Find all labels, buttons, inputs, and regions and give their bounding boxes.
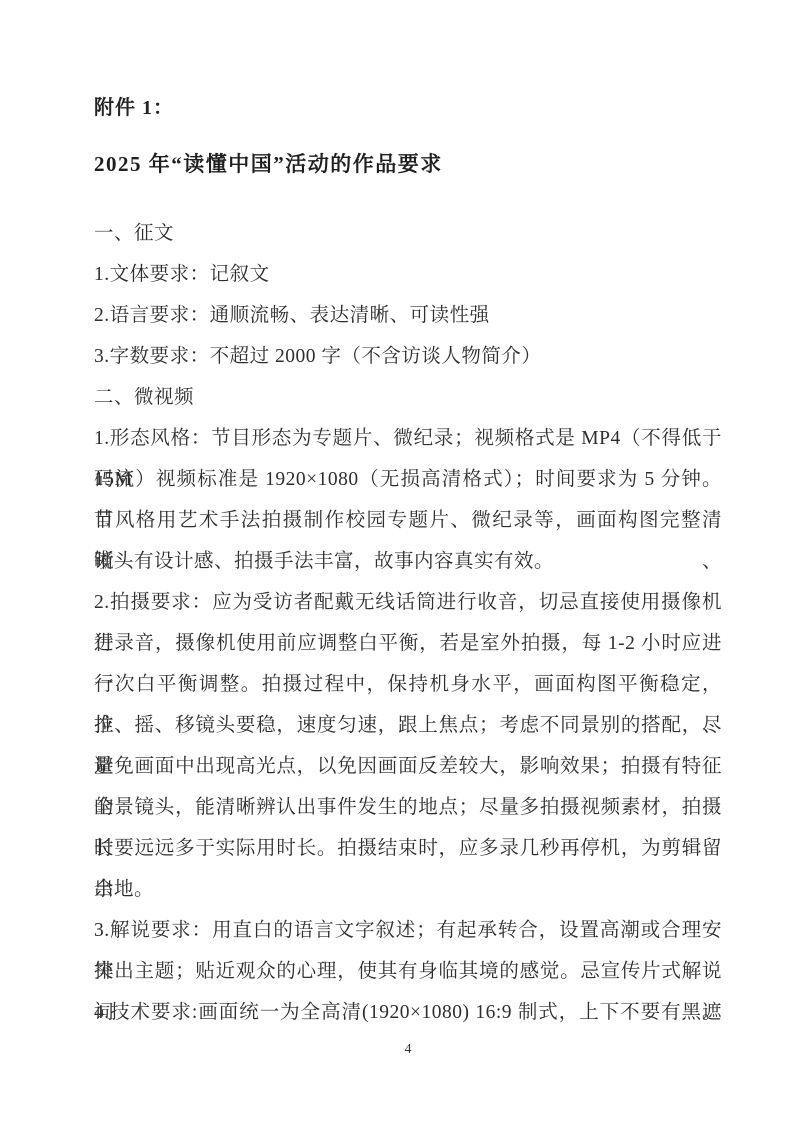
- document-body: 一、征文 1.文体要求：记叙文 2.语言要求：通顺流畅、表达清晰、可读性强 3.…: [94, 213, 722, 1033]
- video-shooting-line-8: 余地。: [94, 869, 722, 910]
- video-shooting-line-5: 避免画面中出现高光点，以免因画面反差较大，影响效果；拍摄有特征的: [94, 746, 722, 787]
- section-heading-essay: 一、征文: [94, 213, 722, 254]
- video-style-line-3: 目风格用艺术手法拍摄制作校园专题片、微纪录等，画面构图完整清晰、: [94, 500, 722, 541]
- video-shooting-line-1: 2.拍摄要求：应为受访者配戴无线话筒进行收音，切忌直接使用摄像机进: [94, 582, 722, 623]
- document-page: 附件 1： 2025 年“读懂中国”活动的作品要求 一、征文 1.文体要求：记叙…: [0, 0, 799, 1131]
- video-shooting-line-3: 一次白平衡调整。拍摄过程中，保持机身水平，画面构图平衡稳定，推、: [94, 664, 722, 705]
- video-style-line-1: 1.形态风格：节目形态为专题片、微纪录；视频格式是 MP4（不得低于 15M: [94, 418, 722, 459]
- video-shooting-line-2: 行录音，摄像机使用前应调整白平衡，若是室外拍摄，每 1-2 小时应进行: [94, 623, 722, 664]
- page-number: 4: [94, 1041, 722, 1059]
- video-narration-line-1: 3.解说要求：用直白的语言文字叙述；有起承转合，设置高潮或合理安排: [94, 910, 722, 951]
- video-shooting-line-7: 长要远远多于实际用时长。拍摄结束时，应多录几秒再停机，为剪辑留出: [94, 828, 722, 869]
- document-content: 附件 1： 2025 年“读懂中国”活动的作品要求 一、征文 1.文体要求：记叙…: [94, 0, 722, 1033]
- essay-requirement-language: 2.语言要求：通顺流畅、表达清晰、可读性强: [94, 295, 722, 336]
- video-narration-line-2: 突出主题；贴近观众的心理，使其有身临其境的感觉。忌宣传片式解说词。: [94, 951, 722, 992]
- video-shooting-line-6: 全景镜头，能清晰辨认出事件发生的地点；尽量多拍摄视频素材，拍摄时: [94, 787, 722, 828]
- document-title: 2025 年“读懂中国”活动的作品要求: [94, 151, 722, 177]
- section-heading-video: 二、微视频: [94, 377, 722, 418]
- essay-requirement-style: 1.文体要求：记叙文: [94, 254, 722, 295]
- essay-requirement-wordcount: 3.字数要求：不超过 2000 字（不含访谈人物简介）: [94, 336, 722, 377]
- video-shooting-line-4: 拉、摇、移镜头要稳，速度匀速，跟上焦点；考虑不同景别的搭配，尽量: [94, 705, 722, 746]
- video-style-line-2: 码流）视频标准是 1920×1080（无损高清格式）；时间要求为 5 分钟。节: [94, 459, 722, 500]
- attachment-label: 附件 1：: [94, 96, 722, 120]
- video-technical-line-1: 4.技术要求:画面统一为全高清(1920×1080) 16:9 制式，上下不要有…: [94, 992, 722, 1033]
